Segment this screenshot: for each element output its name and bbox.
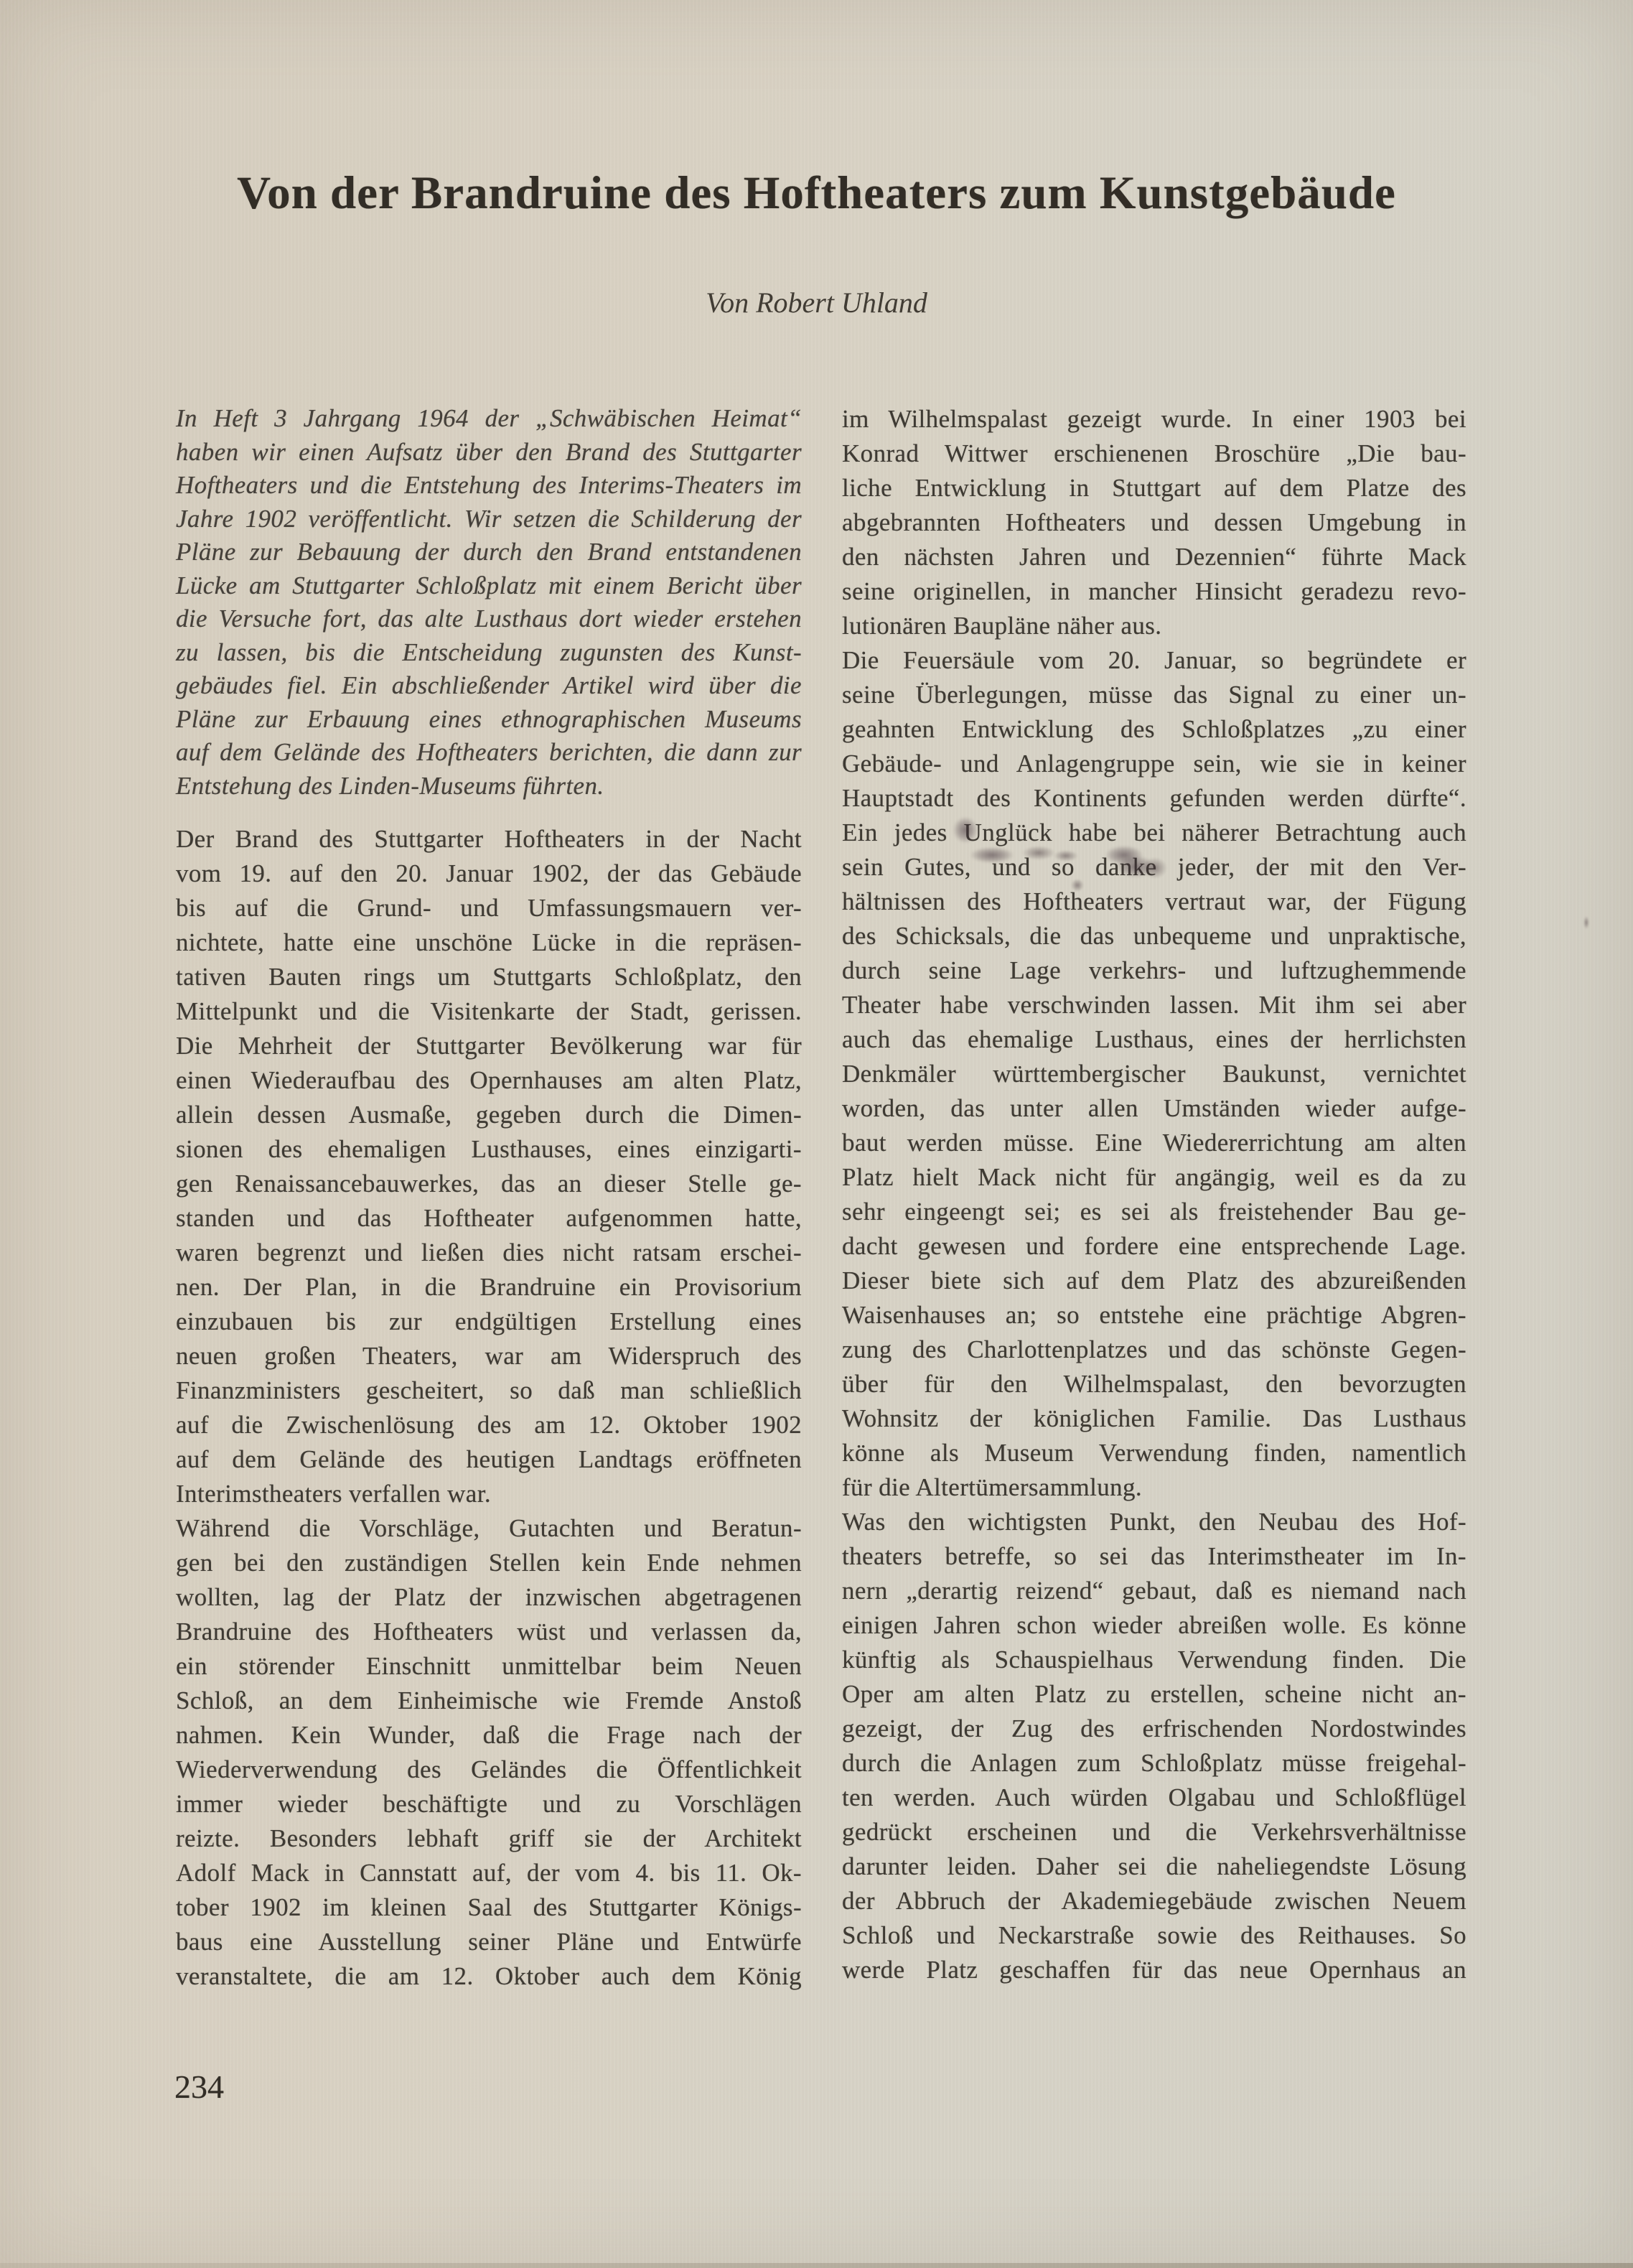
text-line: nahmen. Kein Wunder, daß die Frage nach … [176,1718,802,1753]
ink-speck [1583,916,1589,929]
text-line: könne als Museum Verwendung finden, name… [842,1436,1466,1470]
paragraph: Der Brand des Stuttgarter Hoftheaters in… [176,822,802,1511]
text-line: Finanzministers gescheitert, so daß man … [176,1373,802,1408]
text-line: zu lassen, bis die Entscheidung zugunste… [176,636,802,670]
text-line: Schloß und Neckarstraße sowie des Reitha… [842,1918,1466,1953]
text-line: zung des Charlottenplatzes und das schön… [842,1333,1466,1367]
text-line: baut werden müsse. Eine Wiedererrichtung… [842,1126,1466,1160]
right-column: im Wilhelmspalast gezeigt wurde. In eine… [842,402,1466,1994]
text-line: Interimstheaters verfallen war. [176,1477,802,1511]
text-line: tober 1902 im kleinen Saal des Stuttgart… [176,1890,802,1925]
text-line: Die Mehrheit der Stuttgarter Bevölkerung… [176,1029,802,1063]
byline: Von Robert Uhland [0,286,1633,319]
text-line: darunter leiden. Daher sei die naheliege… [842,1849,1466,1884]
text-line: veranstaltete, die am 12. Oktober auch d… [176,1959,802,1994]
text-line: den nächsten Jahren und Dezennien“ führt… [842,540,1466,574]
text-line: Wohnsitz der königlichen Familie. Das Lu… [842,1401,1466,1436]
text-line: auf die Zwischenlösung des am 12. Oktobe… [176,1408,802,1442]
text-line: worden, das unter allen Umständen wieder… [842,1091,1466,1126]
text-line: Mittelpunkt und die Visitenkarte der Sta… [176,994,802,1029]
text-line: für die Altertümersammlung. [842,1470,1466,1505]
text-line: Theater habe verschwinden lassen. Mit ih… [842,988,1466,1022]
text-line: sionen des ehemaligen Lusthauses, eines … [176,1132,802,1167]
text-line: Oper am alten Platz zu erstellen, schein… [842,1677,1466,1712]
text-line: Dieser biete sich auf dem Platz des abzu… [842,1264,1466,1298]
text-line: Waisenhauses an; so entstehe eine prächt… [842,1298,1466,1333]
text-line: gedrückt erscheinen und die Verkehrsverh… [842,1815,1466,1849]
text-line: Platz hielt Mack nicht für angängig, wei… [842,1160,1466,1195]
text-line: baus eine Ausstellung seiner Pläne und E… [176,1925,802,1959]
text-line: des Schicksals, die das unbequeme und un… [842,919,1466,953]
text-line: Brandruine des Hoftheaters wüst und verl… [176,1615,802,1649]
text-line: Was den wichtigsten Punkt, den Neubau de… [842,1505,1466,1539]
text-line: waren begrenzt und ließen dies nicht rat… [176,1236,802,1270]
text-line: nichtete, hatte eine unschöne Lücke in d… [176,925,802,960]
text-line: Pläne zur Bebauung der durch den Brand e… [176,536,802,569]
text-line: wollten, lag der Platz der inzwischen ab… [176,1580,802,1615]
text-line: einigen Jahren schon wieder abreißen wol… [842,1608,1466,1643]
text-line: Lücke am Stuttgarter Schloßplatz mit ein… [176,569,802,603]
text-line: Hauptstadt des Kontinents gefunden werde… [842,781,1466,816]
scan-bottom-edge [0,2263,1633,2268]
paragraph: im Wilhelmspalast gezeigt wurde. In eine… [842,402,1466,643]
text-line: lutionären Baupläne näher aus. [842,609,1466,643]
text-line: tativen Bauten rings um Stuttgarts Schlo… [176,960,802,994]
text-line: Entstehung des Linden-Museums führten. [176,770,802,803]
text-line: allein dessen Ausmaße, gegeben durch die… [176,1098,802,1132]
paragraph: Die Feuersäule vom 20. Januar, so begrün… [842,643,1466,1505]
text-line: geahnten Entwicklung des Schloßplatzes „… [842,712,1466,747]
text-line: dacht gewesen und fordere eine entsprech… [842,1229,1466,1264]
text-line: sehr eingeengt sei; es sei als freistehe… [842,1195,1466,1229]
text-line: Der Brand des Stuttgarter Hoftheaters in… [176,822,802,857]
text-line: gezeigt, der Zug des erfrischenden Nordo… [842,1712,1466,1746]
scanned-book-page: { "style": { "paper_bg": "#d8d1c3", "ink… [0,0,1633,2268]
text-line: Die Feuersäule vom 20. Januar, so begrün… [842,643,1466,678]
text-line: abgebrannten Hoftheaters und dessen Umge… [842,505,1466,540]
text-line: auch das ehemalige Lusthaus, eines der h… [842,1022,1466,1057]
text-line: ten werden. Auch würden Olgabau und Schl… [842,1781,1466,1815]
text-line: Gebäude- und Anlagengruppe sein, wie sie… [842,747,1466,781]
text-line: Konrad Wittwer erschienenen Broschüre „D… [842,437,1466,471]
text-line: ein störender Einschnitt unmittelbar bei… [176,1649,802,1684]
text-line: Hoftheaters und die Entstehung des Inter… [176,469,802,503]
text-line: werde Platz geschaffen für das neue Oper… [842,1953,1466,1987]
paragraph: Während die Vorschläge, Gutachten und Be… [176,1511,802,1994]
text-line: liche Entwicklung in Stuttgart auf dem P… [842,471,1466,505]
text-columns: In Heft 3 Jahrgang 1964 der „Schwäbische… [176,402,1466,1994]
text-line: theaters betreffe, so sei das Interimsth… [842,1539,1466,1574]
text-line: gen bei den zuständigen Stellen kein End… [176,1546,802,1580]
text-line: Ein jedes Unglück habe bei näherer Betra… [842,816,1466,850]
text-line: nern „derartig reizend“ gebaut, daß es n… [842,1574,1466,1608]
text-line: vom 19. auf den 20. Januar 1902, der das… [176,857,802,891]
text-line: immer wieder beschäftigte und zu Vorschl… [176,1787,802,1821]
text-line: reizte. Besonders lebhaft griff sie der … [176,1821,802,1856]
text-line: durch die Anlagen zum Schloßplatz müsse … [842,1746,1466,1781]
text-line: neuen großen Theaters, war am Widerspruc… [176,1339,802,1373]
paragraph: Was den wichtigsten Punkt, den Neubau de… [842,1505,1466,1987]
text-line: gebäudes fiel. Ein abschließender Artike… [176,669,802,703]
text-line: Wiederverwendung des Geländes die Öffent… [176,1753,802,1787]
text-line: auf dem Gelände des heutigen Landtags er… [176,1442,802,1477]
text-line: die Versuche fort, das alte Lusthaus dor… [176,602,802,636]
text-line: bis auf die Grund- und Umfassungsmauern … [176,891,802,925]
editorial-intro-paragraph: In Heft 3 Jahrgang 1964 der „Schwäbische… [176,402,802,803]
text-line: einzubauen bis zur endgültigen Erstellun… [176,1305,802,1339]
text-line: Pläne zur Erbauung eines ethnographische… [176,703,802,737]
text-line: Während die Vorschläge, Gutachten und Be… [176,1511,802,1546]
text-line: hältnissen des Hoftheaters vertraut war,… [842,885,1466,919]
text-line: der Abbruch der Akademiegebäude zwischen… [842,1884,1466,1918]
text-line: Adolf Mack in Cannstatt auf, der vom 4. … [176,1856,802,1890]
text-line: Jahre 1902 veröffentlicht. Wir setzen di… [176,503,802,536]
text-line: einen Wiederaufbau des Opernhauses am al… [176,1063,802,1098]
page-title: Von der Brandruine des Hoftheaters zum K… [0,167,1633,220]
text-line: haben wir einen Aufsatz über den Brand d… [176,436,802,470]
text-line: künftig als Schauspielhaus Verwendung fi… [842,1643,1466,1677]
text-line: Schloß, an dem Einheimische wie Fremde A… [176,1684,802,1718]
text-line: über für den Wilhelmspalast, den bevorzu… [842,1367,1466,1401]
page-number: 234 [174,2068,224,2106]
text-line: standen und das Hoftheater aufgenommen h… [176,1201,802,1236]
text-line: seine Überlegungen, müsse das Signal zu … [842,678,1466,712]
text-line: Denkmäler württembergischer Baukunst, ve… [842,1057,1466,1091]
text-line: gen Renaissancebauwerkes, das an dieser … [176,1167,802,1201]
text-line: im Wilhelmspalast gezeigt wurde. In eine… [842,402,1466,437]
left-column: In Heft 3 Jahrgang 1964 der „Schwäbische… [176,402,802,1994]
text-line: seine originellen, in mancher Hinsicht g… [842,574,1466,609]
text-line: durch seine Lage verkehrs- und luftzughe… [842,953,1466,988]
text-line: In Heft 3 Jahrgang 1964 der „Schwäbische… [176,402,802,436]
text-line: nen. Der Plan, in die Brandruine ein Pro… [176,1270,802,1305]
text-line: sein Gutes, und so danke jeder, der mit … [842,850,1466,885]
text-line: auf dem Gelände des Hoftheaters berichte… [176,736,802,770]
